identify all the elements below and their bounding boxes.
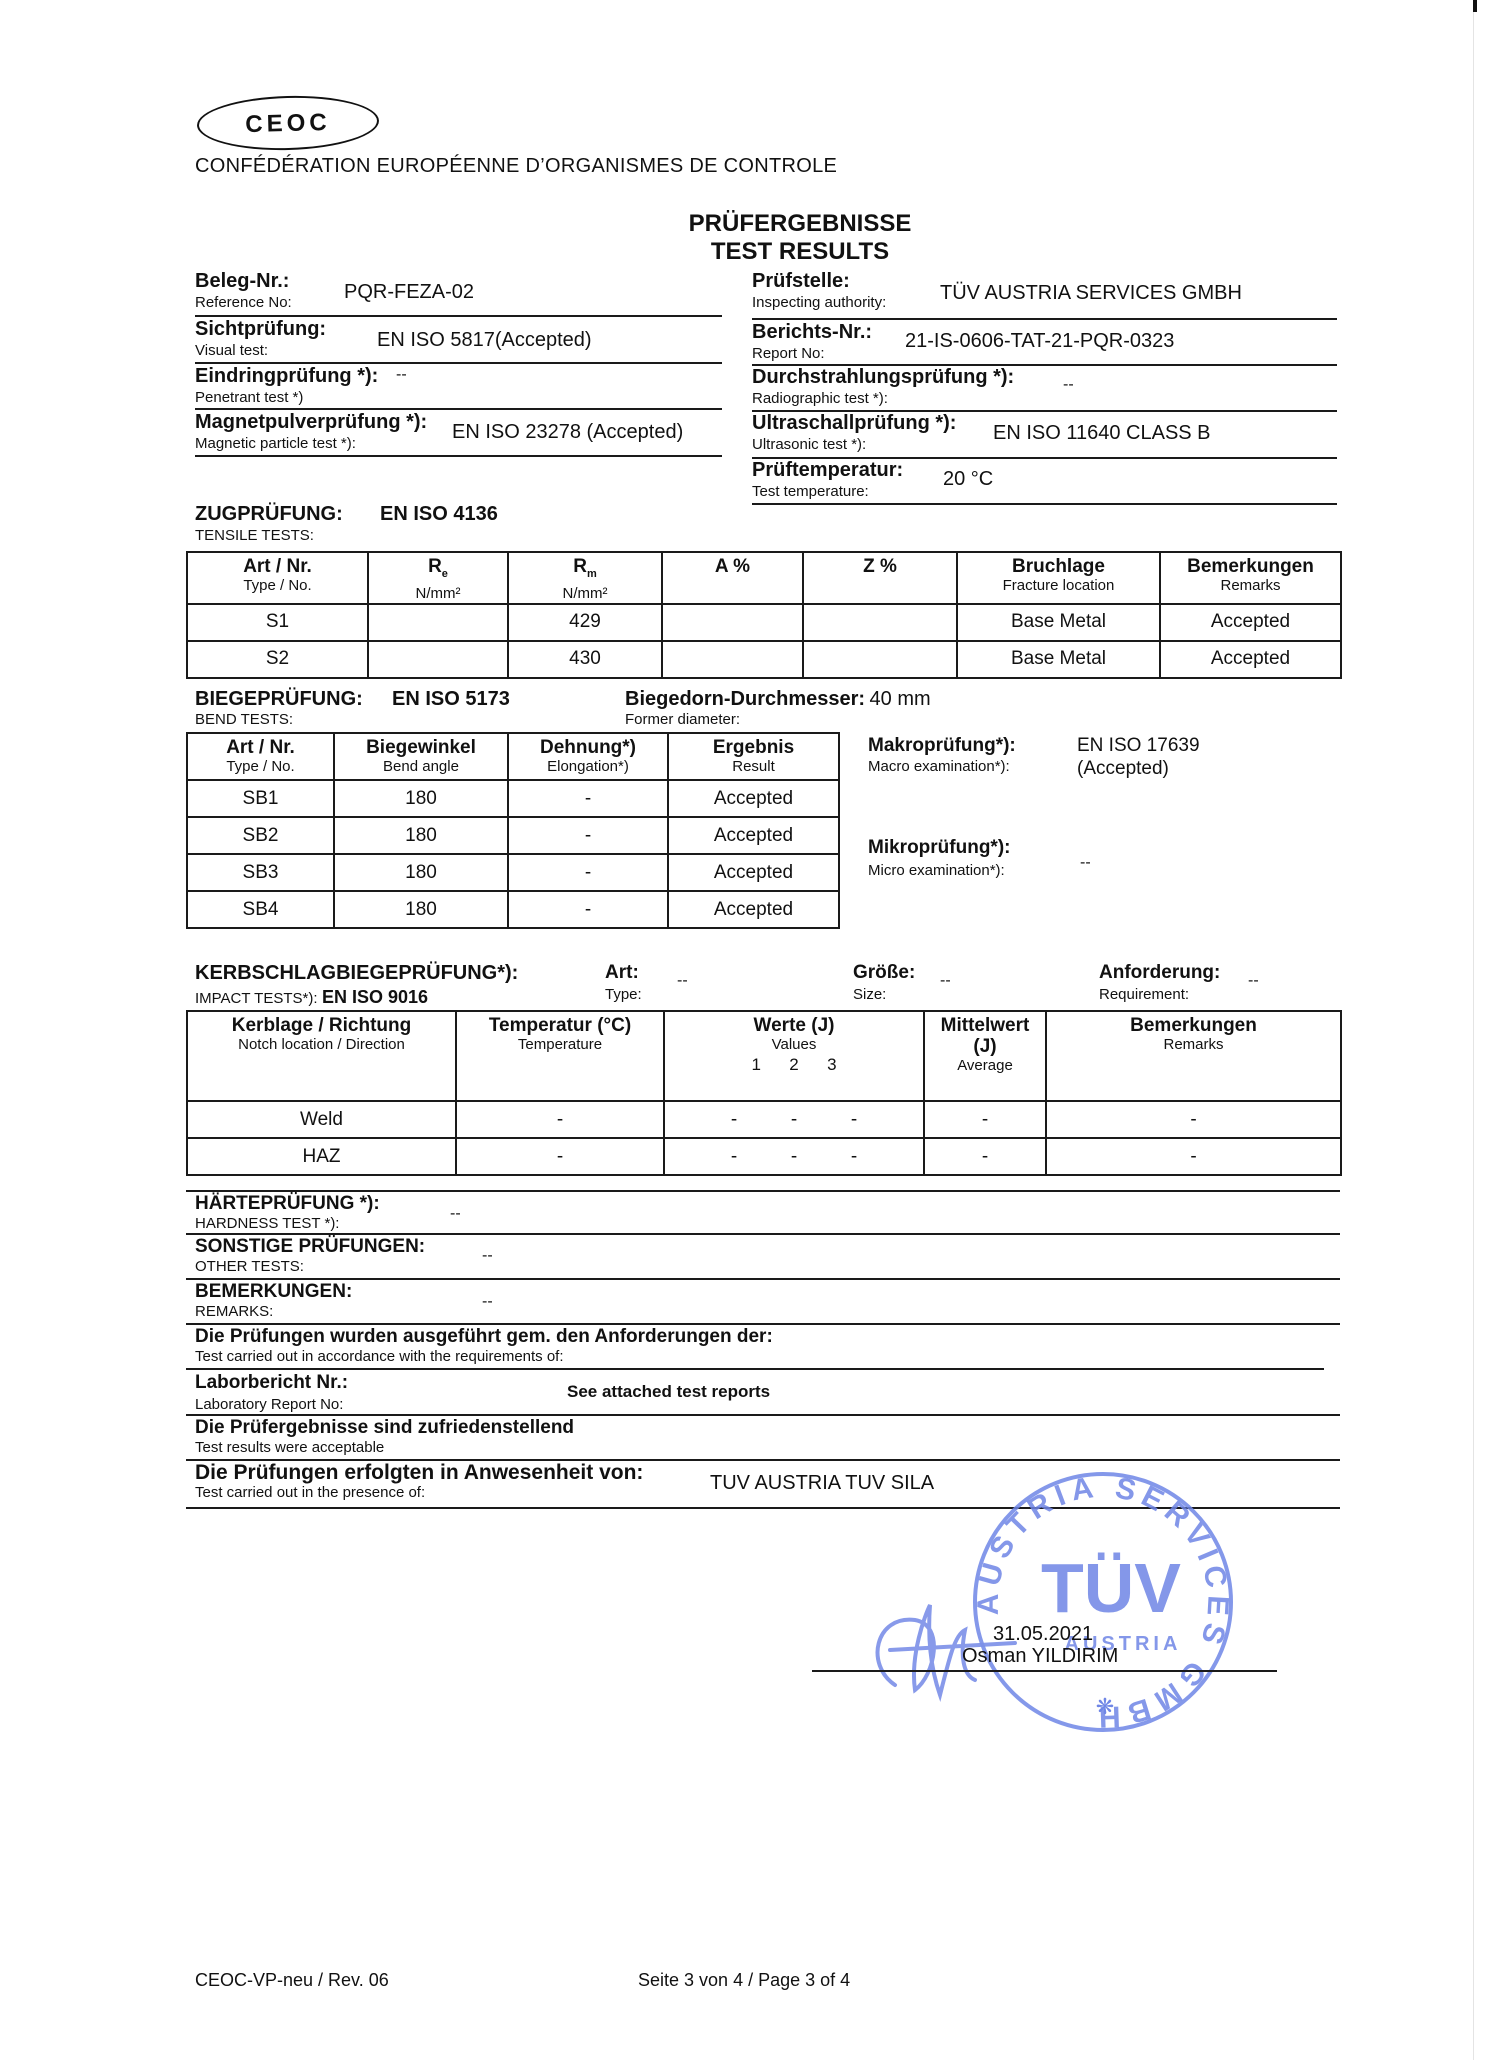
col-result: ErgebnisResult bbox=[668, 733, 839, 780]
field-visual-test: Sichtprüfung: Visual test: bbox=[195, 318, 326, 359]
table-row: SB4180-Accepted bbox=[187, 891, 839, 928]
macro-label-en: Macro examination*): bbox=[868, 758, 1010, 775]
field-radiographic-test: Durchstrahlungsprüfung *): Radiographic … bbox=[752, 366, 1014, 407]
tensile-title-de: ZUGPRÜFUNG: bbox=[195, 503, 343, 525]
col-type-no: Art / Nr.Type / No. bbox=[187, 552, 368, 604]
signature-line bbox=[812, 1670, 1277, 1672]
micro-value: -- bbox=[1080, 852, 1091, 874]
field-laboratory-report: Laborbericht Nr.: Laboratory Report No: bbox=[195, 1372, 348, 1413]
presence-of-value: TUV AUSTRIA TUV SILA bbox=[710, 1472, 934, 1494]
table-row: S2 430 Base Metal Accepted bbox=[187, 641, 1341, 678]
organization-name: CONFÉDÉRATION EUROPÉENNE D’ORGANISMES DE… bbox=[195, 155, 837, 178]
signature-date: 31.05.2021 bbox=[993, 1623, 1093, 1645]
table-row: HAZ - --- - - bbox=[187, 1138, 1341, 1175]
table-row: S1 429 Base Metal Accepted bbox=[187, 604, 1341, 641]
ceoc-logo: CEOC bbox=[196, 94, 379, 153]
remarks-value: -- bbox=[482, 1291, 493, 1313]
field-magnetic-particle-test: Magnetpulverprüfung *): Magnetic particl… bbox=[195, 411, 427, 452]
laboratory-report-value: See attached test reports bbox=[567, 1381, 770, 1403]
table-row: Weld - --- - - bbox=[187, 1101, 1341, 1138]
field-test-temperature: Prüftemperatur: Test temperature: bbox=[752, 459, 903, 500]
tensile-standard: EN ISO 4136 bbox=[380, 503, 498, 525]
penetrant-test-value: -- bbox=[396, 364, 407, 386]
field-reference-no: Beleg-Nr.: Reference No: bbox=[195, 270, 292, 311]
divider bbox=[752, 503, 1337, 505]
divider bbox=[186, 1323, 1340, 1325]
col-average: Mittelwert(J)Average bbox=[924, 1011, 1046, 1101]
impact-type-label-de: Art: bbox=[605, 962, 639, 984]
col-notch-location: Kerblage / RichtungNotch location / Dire… bbox=[187, 1011, 456, 1101]
impact-title-en-line: IMPACT TESTS*): EN ISO 9016 bbox=[195, 986, 428, 1008]
table-header-row: Art / Nr.Type / No. BiegewinkelBend angl… bbox=[187, 733, 839, 780]
impact-table: Kerblage / RichtungNotch location / Dire… bbox=[186, 1010, 1342, 1176]
field-hardness-test: HÄRTEPRÜFUNG *): HARDNESS TEST *): bbox=[195, 1193, 380, 1232]
impact-requirement-label-de: Anforderung: bbox=[1099, 962, 1220, 984]
divider bbox=[186, 1278, 1340, 1280]
impact-type-value: -- bbox=[677, 970, 688, 992]
col-temperature: Temperatur (°C)Temperature bbox=[456, 1011, 664, 1101]
bend-standard: EN ISO 5173 bbox=[392, 688, 510, 710]
tensile-title-en: TENSILE TESTS: bbox=[195, 527, 314, 544]
test-temperature-value: 20 °C bbox=[943, 468, 993, 490]
scan-edge-line bbox=[1473, 12, 1474, 2060]
micro-label-de: Mikroprüfung*): bbox=[868, 837, 1010, 859]
impact-title-de: KERBSCHLAGBIEGEPRÜFUNG*): bbox=[195, 962, 518, 984]
bend-table: Art / Nr.Type / No. BiegewinkelBend angl… bbox=[186, 732, 840, 929]
logo-text: CEOC bbox=[199, 108, 378, 141]
former-diameter-label-en: Former diameter: bbox=[625, 711, 740, 728]
table-header-row: Art / Nr.Type / No. ReN/mm² RmN/mm² A % … bbox=[187, 552, 1341, 604]
divider bbox=[195, 408, 722, 410]
divider bbox=[195, 315, 722, 317]
impact-size-label-en: Size: bbox=[853, 986, 886, 1003]
divider bbox=[186, 1414, 1340, 1416]
reference-no-value: PQR-FEZA-02 bbox=[344, 281, 474, 303]
table-header-row: Kerblage / RichtungNotch location / Dire… bbox=[187, 1011, 1341, 1101]
divider bbox=[195, 362, 722, 364]
page-title-de: PRÜFERGEBNISSE bbox=[600, 210, 1000, 238]
macro-value-line2: (Accepted) bbox=[1077, 758, 1169, 780]
tensile-table: Art / Nr.Type / No. ReN/mm² RmN/mm² A % … bbox=[186, 551, 1342, 679]
bend-title-en: BEND TESTS: bbox=[195, 711, 293, 728]
page-number: Seite 3 von 4 / Page 3 of 4 bbox=[638, 1970, 850, 1991]
svg-text:❋: ❋ bbox=[1096, 1695, 1114, 1720]
col-re: ReN/mm² bbox=[368, 552, 508, 604]
magnetic-particle-test-value: EN ISO 23278 (Accepted) bbox=[452, 421, 683, 443]
inspecting-authority-value: TÜV AUSTRIA SERVICES GMBH bbox=[940, 282, 1242, 304]
scan-edge-mark bbox=[1473, 0, 1477, 12]
table-row: SB1180-Accepted bbox=[187, 780, 839, 817]
macro-label-de: Makroprüfung*): bbox=[868, 735, 1016, 757]
page-title-en: TEST RESULTS bbox=[600, 238, 1000, 266]
col-a-percent: A % bbox=[662, 552, 803, 604]
col-values: Werte (J) Values 1 2 3 bbox=[664, 1011, 924, 1101]
field-requirements-of: Die Prüfungen wurden ausgeführt gem. den… bbox=[195, 1326, 773, 1365]
field-presence-of: Die Prüfungen erfolgten in Anwesenheit v… bbox=[195, 1462, 643, 1501]
visual-test-value: EN ISO 5817(Accepted) bbox=[377, 329, 592, 351]
radiographic-test-value: -- bbox=[1063, 374, 1074, 396]
report-no-value: 21-IS-0606-TAT-21-PQR-0323 bbox=[905, 330, 1174, 352]
col-z-percent: Z % bbox=[803, 552, 957, 604]
former-diameter: Biegedorn-Durchmesser: 40 mm bbox=[625, 688, 931, 710]
impact-requirement-label-en: Requirement: bbox=[1099, 986, 1189, 1003]
field-penetrant-test: Eindringprüfung *): Penetrant test *) bbox=[195, 365, 378, 406]
field-other-tests: SONSTIGE PRÜFUNGEN: OTHER TESTS: bbox=[195, 1236, 425, 1275]
impact-size-value: -- bbox=[940, 970, 951, 992]
field-ultrasonic-test: Ultraschallprüfung *): Ultrasonic test *… bbox=[752, 412, 956, 453]
impact-size-label-de: Größe: bbox=[853, 962, 915, 984]
signatory-name: Osman YILDIRIM bbox=[962, 1645, 1118, 1667]
col-remarks: BemerkungenRemarks bbox=[1046, 1011, 1341, 1101]
table-row: SB2180-Accepted bbox=[187, 817, 839, 854]
col-fracture-location: BruchlageFracture location bbox=[957, 552, 1160, 604]
field-inspecting-authority: Prüfstelle: Inspecting authority: bbox=[752, 270, 886, 311]
macro-value-line1: EN ISO 17639 bbox=[1077, 735, 1200, 757]
bend-title-de: BIEGEPRÜFUNG: bbox=[195, 688, 363, 710]
col-rm: RmN/mm² bbox=[508, 552, 662, 604]
impact-requirement-value: -- bbox=[1248, 970, 1259, 992]
divider bbox=[752, 318, 1337, 320]
col-bend-angle: BiegewinkelBend angle bbox=[334, 733, 508, 780]
impact-type-label-en: Type: bbox=[605, 986, 642, 1003]
micro-label-en: Micro examination*): bbox=[868, 862, 1005, 879]
col-remarks: BemerkungenRemarks bbox=[1160, 552, 1341, 604]
hardness-test-value: -- bbox=[450, 1203, 461, 1225]
table-row: SB3180-Accepted bbox=[187, 854, 839, 891]
divider bbox=[186, 1190, 1340, 1192]
form-id: CEOC-VP-neu / Rev. 06 bbox=[195, 1970, 389, 1991]
field-report-no: Berichts-Nr.: Report No: bbox=[752, 321, 872, 362]
ultrasonic-test-value: EN ISO 11640 CLASS B bbox=[993, 422, 1211, 444]
col-elongation: Dehnung*)Elongation*) bbox=[508, 733, 668, 780]
divider bbox=[186, 1368, 1324, 1370]
divider bbox=[186, 1233, 1340, 1235]
field-results-acceptable: Die Prüfergebnisse sind zufriedenstellen… bbox=[195, 1417, 574, 1456]
col-type-no: Art / Nr.Type / No. bbox=[187, 733, 334, 780]
divider bbox=[195, 455, 722, 457]
other-tests-value: -- bbox=[482, 1245, 493, 1267]
field-remarks: BEMERKUNGEN: REMARKS: bbox=[195, 1281, 352, 1320]
